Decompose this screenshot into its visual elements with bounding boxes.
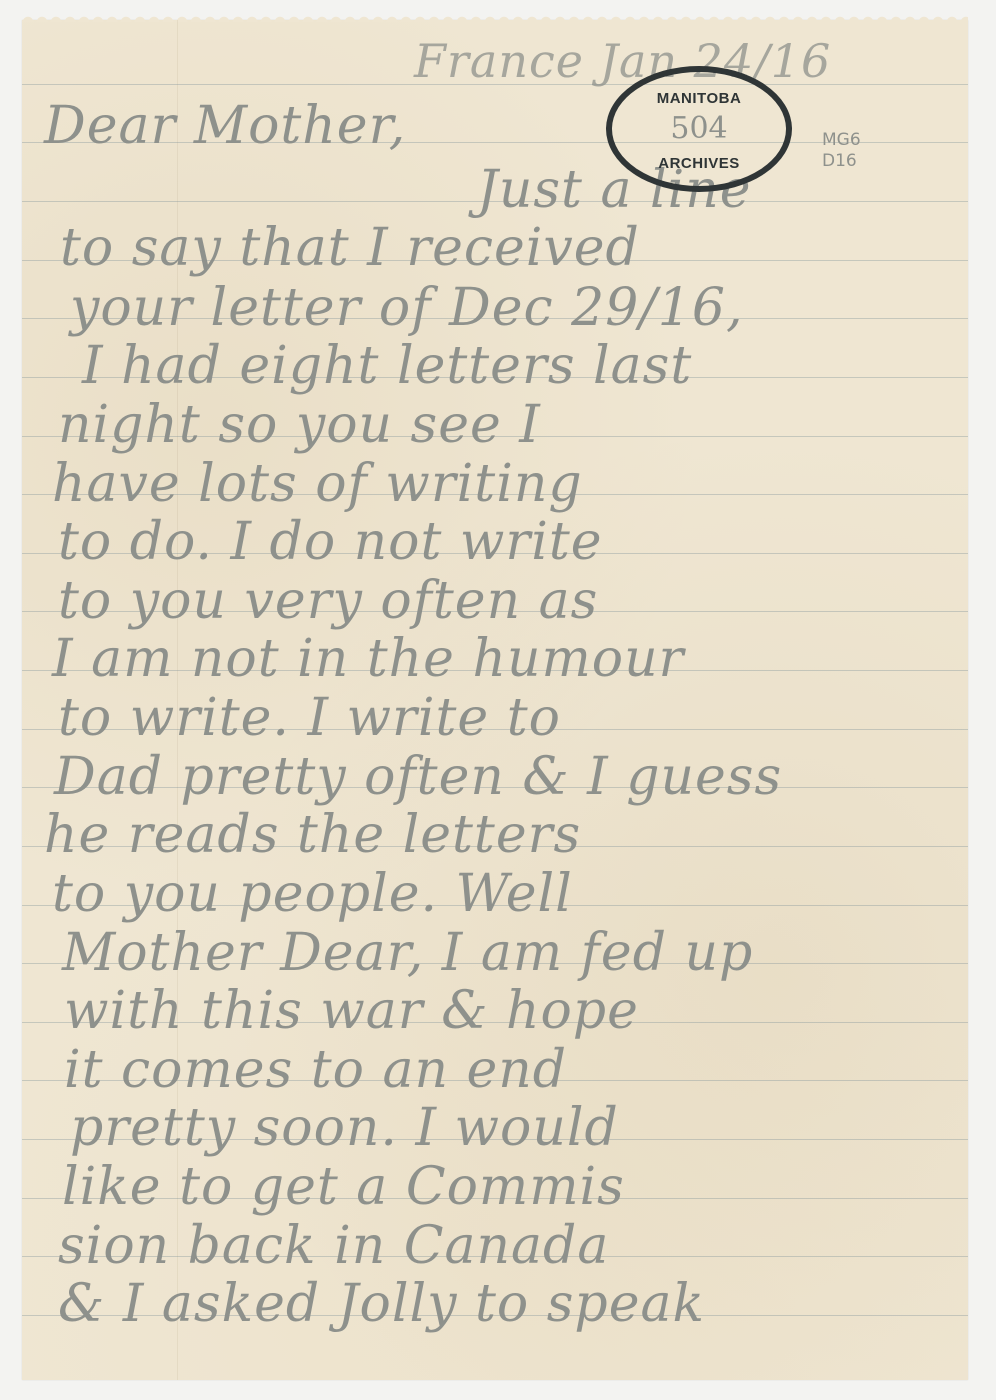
salutation: Dear Mother,	[44, 96, 406, 156]
manitoba-archives-stamp: MANITOBA 504 ARCHIVES	[606, 66, 792, 192]
letter-line-17: pretty soon. I would	[70, 1098, 619, 1158]
letter-line-4: I had eight letters last	[82, 336, 692, 396]
dateline: France Jan 24/16	[414, 34, 831, 88]
letter-line-2: to say that I received	[60, 218, 640, 278]
letter-line-12: he reads the letters	[44, 805, 581, 865]
letter-line-3: your letter of Dec 29/16,	[70, 278, 744, 338]
letter-line-11: Dad pretty often & I guess	[54, 747, 782, 807]
letter-line-20: & I asked Jolly to speak	[58, 1274, 705, 1334]
letter-line-15: with this war & hope	[64, 981, 639, 1041]
letter-line-10: to write. I write to	[58, 688, 561, 748]
stamp-bottom-text: ARCHIVES	[658, 155, 740, 172]
letter-line-5: night so you see I	[58, 395, 541, 455]
stamp-number: 504	[670, 111, 727, 146]
letter-line-19: sion back in Canada	[58, 1216, 609, 1276]
letter-line-9: I am not in the humour	[52, 629, 684, 689]
letter-line-13: to you people. Well	[52, 864, 573, 924]
letter-page: France Jan 24/16 Dear Mother, Just a lin…	[22, 20, 968, 1380]
letter-line-16: it comes to an end	[64, 1040, 567, 1100]
letter-line-14: Mother Dear, I am fed up	[62, 923, 753, 983]
call-number: MG6 D16	[822, 130, 861, 172]
letter-line-18: like to get a Commis	[62, 1157, 625, 1217]
call-number-line-1: MG6	[822, 130, 861, 151]
call-number-line-2: D16	[822, 151, 861, 172]
letter-line-8: to you very often as	[58, 571, 598, 631]
letter-line-7: to do. I do not write	[58, 512, 603, 572]
stamp-top-text: MANITOBA	[657, 90, 742, 107]
letter-line-6: have lots of writing	[52, 454, 583, 514]
